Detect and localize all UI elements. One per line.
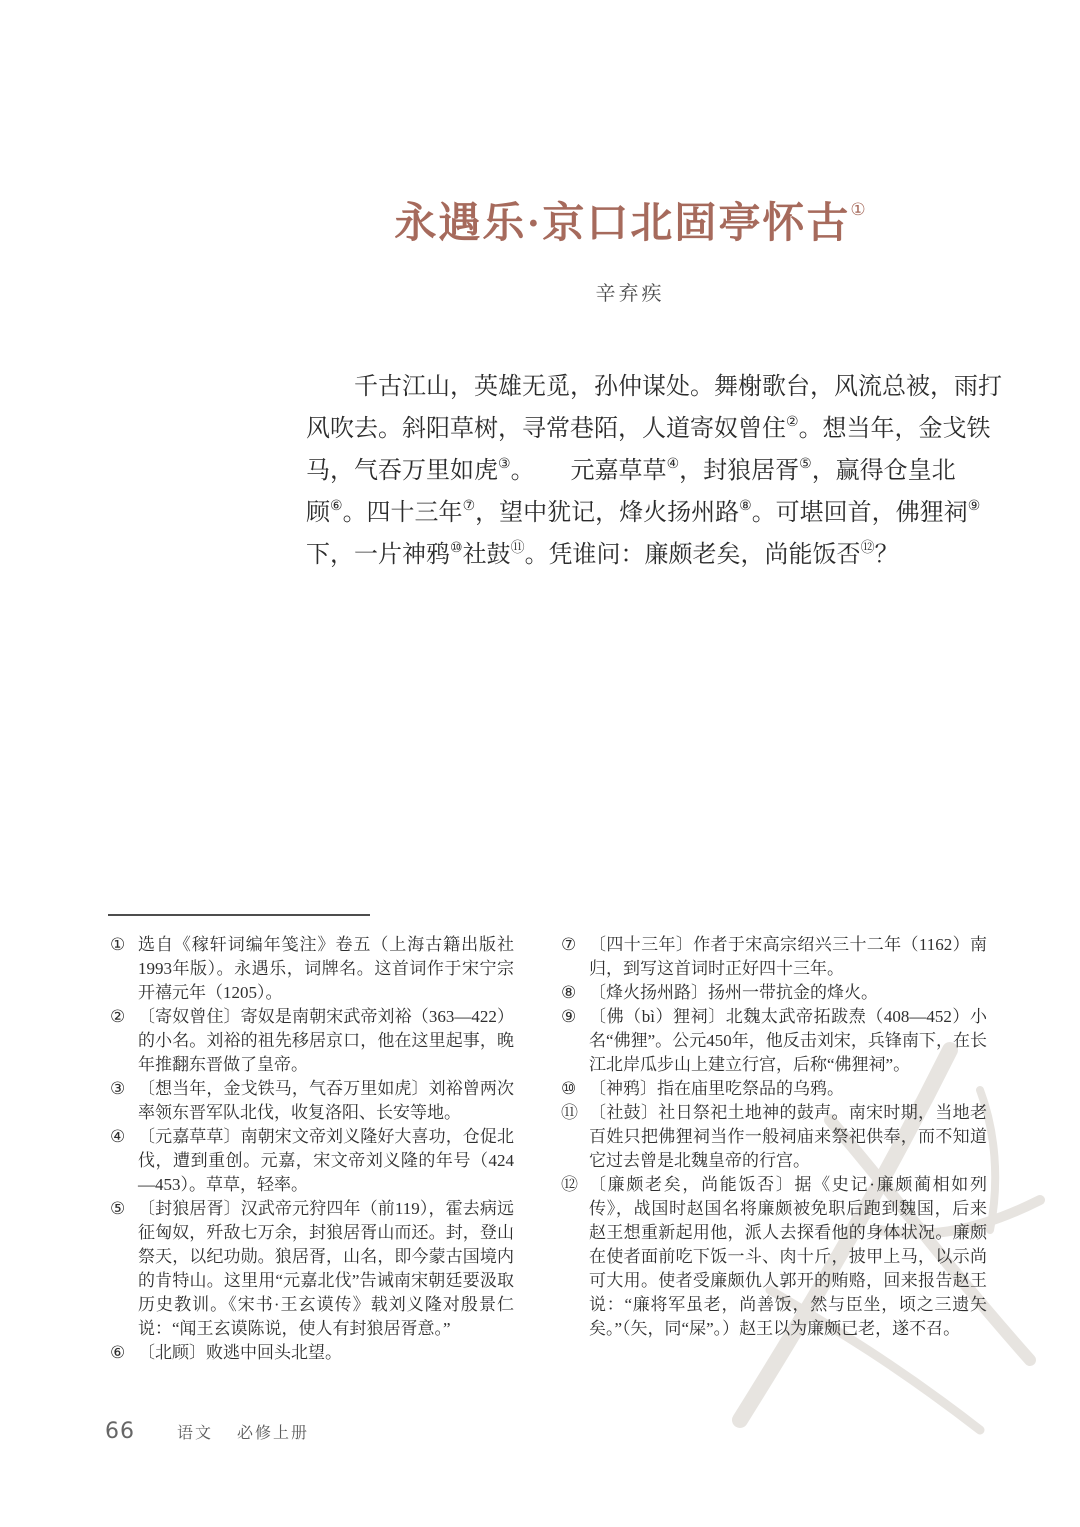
footnote-ref: ⑥ [330, 498, 343, 514]
footnote-item: ⑪ 〔社鼓〕社日祭祀土地神的鼓声。南宋时期，当地老百姓只把佛狸祠当作一般祠庙来祭… [561, 1101, 987, 1173]
footnote-text: 〔元嘉草草〕南朝宋文帝刘义隆好大喜功，仓促北伐，遭到重创。元嘉，宋文帝刘义隆的年… [138, 1127, 514, 1194]
footnote-text: 〔四十三年〕作者于宋高宗绍兴三十二年（1162）南归，到写这首词时正好四十三年。 [589, 935, 987, 978]
footnote-item: ③ 〔想当年，金戈铁马，气吞万里如虎〕刘裕曾两次率领东晋军队北伐，收复洛阳、长安… [110, 1077, 514, 1125]
footnote-item: ⑦ 〔四十三年〕作者于宋高宗绍兴三十二年（1162）南归，到写这首词时正好四十三… [561, 933, 987, 981]
textbook-page: 永遇乐·京口北固亭怀古① 辛弃疾 千古江山，英雄无觅，孙仲谋处。舞榭歌台，风流总… [0, 0, 1080, 1527]
footnote-separator [108, 914, 370, 916]
footnote-item: ⑥ 〔北顾〕败逃中回头北望。 [110, 1341, 514, 1365]
footnote-marker: ② [110, 1005, 125, 1029]
footnote-item: ② 〔寄奴曾住〕寄奴是南朝宋武帝刘裕（363—422）的小名。刘裕的祖先移居京口… [110, 1005, 514, 1077]
poem-line: 风吹去。斜阳草树，寻常巷陌，人道寄奴曾住②。想当年，金戈铁 [306, 408, 948, 450]
footnote-marker: ⑦ [561, 933, 576, 957]
footnote-ref: ④ [667, 456, 680, 472]
footnote-text: 〔神鸦〕指在庙里吃祭品的乌鸦。 [589, 1079, 844, 1098]
footnote-marker: ⑧ [561, 981, 576, 1005]
footnote-marker: ⑫ [561, 1173, 578, 1197]
footnote-text: 〔想当年，金戈铁马，气吞万里如虎〕刘裕曾两次率领东晋军队北伐，收复洛阳、长安等地… [138, 1079, 514, 1122]
footnotes-right-column: ⑦ 〔四十三年〕作者于宋高宗绍兴三十二年（1162）南归，到写这首词时正好四十三… [561, 933, 987, 1341]
page-title: 永遇乐·京口北固亭怀古① [240, 190, 1020, 250]
footnote-ref: ⑧ [739, 498, 752, 514]
footnote-item: ⑩ 〔神鸦〕指在庙里吃祭品的乌鸦。 [561, 1077, 987, 1101]
footnote-text: 〔寄奴曾住〕寄奴是南朝宋武帝刘裕（363—422）的小名。刘裕的祖先移居京口，他… [138, 1007, 514, 1074]
footnote-ref: ⑨ [968, 498, 981, 514]
footer-subject: 语文 [177, 1420, 213, 1443]
footnote-text: 〔封狼居胥〕汉武帝元狩四年（前119），霍去病远征匈奴，歼敌七万余，封狼居胥山而… [138, 1199, 514, 1338]
footnote-text: 〔烽火扬州路〕扬州一带抗金的烽火。 [589, 983, 878, 1002]
footnote-marker: ⑩ [561, 1077, 576, 1101]
footnote-item: ① 选自《稼轩词编年笺注》卷五（上海古籍出版社1993年版）。永遇乐，词牌名。这… [110, 933, 514, 1005]
poem-line: 顾⑥。四十三年⑦，望中犹记，烽火扬州路⑧。可堪回首，佛狸祠⑨ [306, 492, 948, 534]
footnote-marker: ④ [110, 1125, 125, 1149]
footnote-marker: ⑪ [561, 1101, 578, 1125]
footnote-text: 〔北顾〕败逃中回头北望。 [138, 1343, 342, 1362]
footnote-item: ⑤ 〔封狼居胥〕汉武帝元狩四年（前119），霍去病远征匈奴，歼敌七万余，封狼居胥… [110, 1197, 514, 1341]
poem-line: 下，一片神鸦⑩社鼓⑪。凭谁问：廉颇老矣，尚能饭否⑫？ [306, 534, 948, 576]
page-number: 66 [105, 1419, 135, 1444]
footnote-text: 选自《稼轩词编年笺注》卷五（上海古籍出版社1993年版）。永遇乐，词牌名。这首词… [138, 935, 514, 1002]
footnote-marker: ⑥ [110, 1341, 125, 1365]
poem-line: 千古江山，英雄无觅，孙仲谋处。舞榭歌台，风流总被，雨打 [306, 366, 948, 408]
footnote-marker: ⑤ [110, 1197, 125, 1221]
poem-title-text: 永遇乐·京口北固亭怀古 [394, 201, 850, 247]
title-footnote-ref: ① [850, 200, 865, 220]
footnote-text: 〔社鼓〕社日祭祀土地神的鼓声。南宋时期，当地老百姓只把佛狸祠当作一般祠庙来祭祀供… [589, 1103, 987, 1170]
footnote-ref: ② [786, 414, 799, 430]
footnote-marker: ① [110, 933, 125, 957]
footnote-ref: ⑪ [511, 540, 525, 556]
footnote-ref: ③ [498, 456, 511, 472]
footnote-item: ⑨ 〔佛（bì）狸祠〕北魏太武帝拓跋焘（408—452）小名“佛狸”。公元450… [561, 1005, 987, 1077]
footnote-ref: ⑩ [450, 540, 463, 556]
poem-author: 辛弃疾 [240, 277, 1020, 306]
footnote-text: 〔佛（bì）狸祠〕北魏太武帝拓跋焘（408—452）小名“佛狸”。公元450年，… [589, 1007, 987, 1074]
poem-line: 马，气吞万里如虎③。 元嘉草草④，封狼居胥⑤，赢得仓皇北 [306, 450, 948, 492]
footnote-item: ⑫ 〔廉颇老矣，尚能饭否〕据《史记·廉颇蔺相如列传》，战国时赵国名将廉颇被免职后… [561, 1173, 987, 1341]
footnote-item: ⑧ 〔烽火扬州路〕扬州一带抗金的烽火。 [561, 981, 987, 1005]
footnotes-left-column: ① 选自《稼轩词编年笺注》卷五（上海古籍出版社1993年版）。永遇乐，词牌名。这… [110, 933, 514, 1365]
poem-text: 千古江山，英雄无觅，孙仲谋处。舞榭歌台，风流总被，雨打 风吹去。斜阳草树，寻常巷… [306, 366, 948, 576]
page-footer: 66 语文 必修上册 [105, 1419, 309, 1444]
footnote-text: 〔廉颇老矣，尚能饭否〕据《史记·廉颇蔺相如列传》，战国时赵国名将廉颇被免职后跑到… [589, 1175, 987, 1338]
footnote-ref: ⑫ [861, 540, 875, 556]
footnote-marker: ③ [110, 1077, 125, 1101]
footnote-ref: ⑤ [799, 456, 812, 472]
footnote-item: ④ 〔元嘉草草〕南朝宋文帝刘义隆好大喜功，仓促北伐，遭到重创。元嘉，宋文帝刘义隆… [110, 1125, 514, 1197]
footer-book-title: 必修上册 [237, 1420, 309, 1443]
footnote-marker: ⑨ [561, 1005, 576, 1029]
footnote-ref: ⑦ [463, 498, 476, 514]
